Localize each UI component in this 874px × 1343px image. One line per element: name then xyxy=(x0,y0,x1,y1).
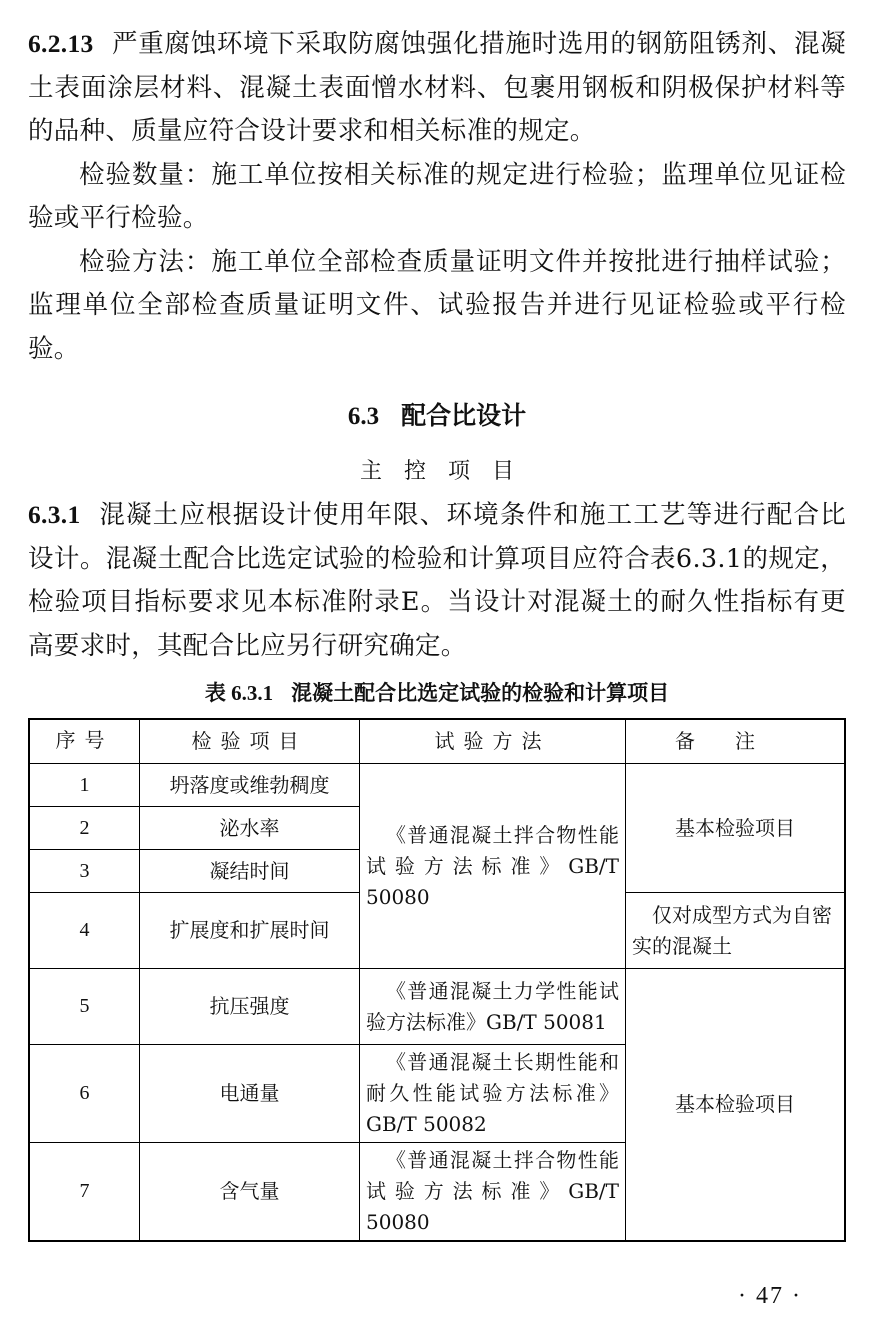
clause-6-2-13: 6.2.13严重腐蚀环境下采取防腐蚀强化措施时选用的钢筋阻锈剂、混凝土表面涂层材… xyxy=(28,22,846,154)
row-item: 凝结时间 xyxy=(140,850,360,893)
table-number: 表 6.3.1 xyxy=(205,681,273,705)
row-item: 扩展度和扩展时间 xyxy=(140,893,360,969)
section-title: 配合比设计 xyxy=(401,401,526,430)
row-method: 《普通混凝土拌合物性能试验方法标准》GB/T 50080 xyxy=(360,1143,626,1241)
row-no: 4 xyxy=(29,893,140,969)
row-no: 7 xyxy=(29,1143,140,1241)
row-no: 2 xyxy=(29,807,140,850)
document-page: 6.2.13严重腐蚀环境下采取防腐蚀强化措施时选用的钢筋阻锈剂、混凝土表面涂层材… xyxy=(28,22,846,1242)
row-note: 基本检验项目 xyxy=(626,969,846,1241)
table-row: 1 坍落度或维勃稠度 《普通混凝土拌合物性能试验方法标准》GB/T 50080 … xyxy=(29,764,845,807)
row-method: 《普通混凝土长期性能和耐久性能试验方法标准》GB/T 50082 xyxy=(360,1045,626,1143)
clause-6-3-1: 6.3.1混凝土应根据设计使用年限、环境条件和施工工艺等进行配合比设计。混凝土配… xyxy=(28,493,846,668)
row-no: 1 xyxy=(29,764,140,807)
section-heading: 6.3配合比设计 xyxy=(28,398,846,435)
header-no: 序号 xyxy=(29,719,140,764)
clause-number: 6.3.1 xyxy=(28,500,81,529)
table-row: 5 抗压强度 《普通混凝土力学性能试验方法标准》GB/T 50081 基本检验项… xyxy=(29,969,845,1045)
row-method: 《普通混凝土拌合物性能试验方法标准》GB/T 50080 xyxy=(360,764,626,969)
inspection-method: 检验方法：施工单位全部检查质量证明文件并按批进行抽样试验；监理单位全部检查质量证… xyxy=(28,241,846,372)
subsection-heading: 主控项目 xyxy=(50,455,846,489)
header-method: 试验方法 xyxy=(360,719,626,764)
row-no: 3 xyxy=(29,850,140,893)
row-method: 《普通混凝土力学性能试验方法标准》GB/T 50081 xyxy=(360,969,626,1045)
clause-number: 6.2.13 xyxy=(28,29,94,58)
row-note: 基本检验项目 xyxy=(626,764,846,893)
row-note: 仅对成型方式为自密实的混凝土 xyxy=(626,893,846,969)
mix-design-test-table: 序号 检验项目 试验方法 备注 1 坍落度或维勃稠度 《普通混凝土拌合物性能试验… xyxy=(28,718,846,1242)
row-item: 电通量 xyxy=(140,1045,360,1143)
table-caption: 表 6.3.1混凝土配合比选定试验的检验和计算项目 xyxy=(28,676,846,710)
section-number: 6.3 xyxy=(348,403,379,430)
inspection-quantity: 检验数量：施工单位按相关标准的规定进行检验；监理单位见证检验或平行检验。 xyxy=(28,154,846,241)
row-item: 坍落度或维勃稠度 xyxy=(140,764,360,807)
clause-text: 混凝土应根据设计使用年限、环境条件和施工工艺等进行配合比设计。混凝土配合比选定试… xyxy=(28,500,846,661)
row-no: 5 xyxy=(29,969,140,1045)
header-note: 备注 xyxy=(626,719,846,764)
row-no: 6 xyxy=(29,1045,140,1143)
header-item: 检验项目 xyxy=(140,719,360,764)
page-number: · 47 · xyxy=(738,1283,802,1310)
clause-text: 严重腐蚀环境下采取防腐蚀强化措施时选用的钢筋阻锈剂、混凝土表面涂层材料、混凝土表… xyxy=(28,29,846,146)
row-item: 泌水率 xyxy=(140,807,360,850)
table-title: 混凝土配合比选定试验的检验和计算项目 xyxy=(291,681,669,705)
row-item: 抗压强度 xyxy=(140,969,360,1045)
table-header-row: 序号 检验项目 试验方法 备注 xyxy=(29,719,845,764)
row-item: 含气量 xyxy=(140,1143,360,1241)
